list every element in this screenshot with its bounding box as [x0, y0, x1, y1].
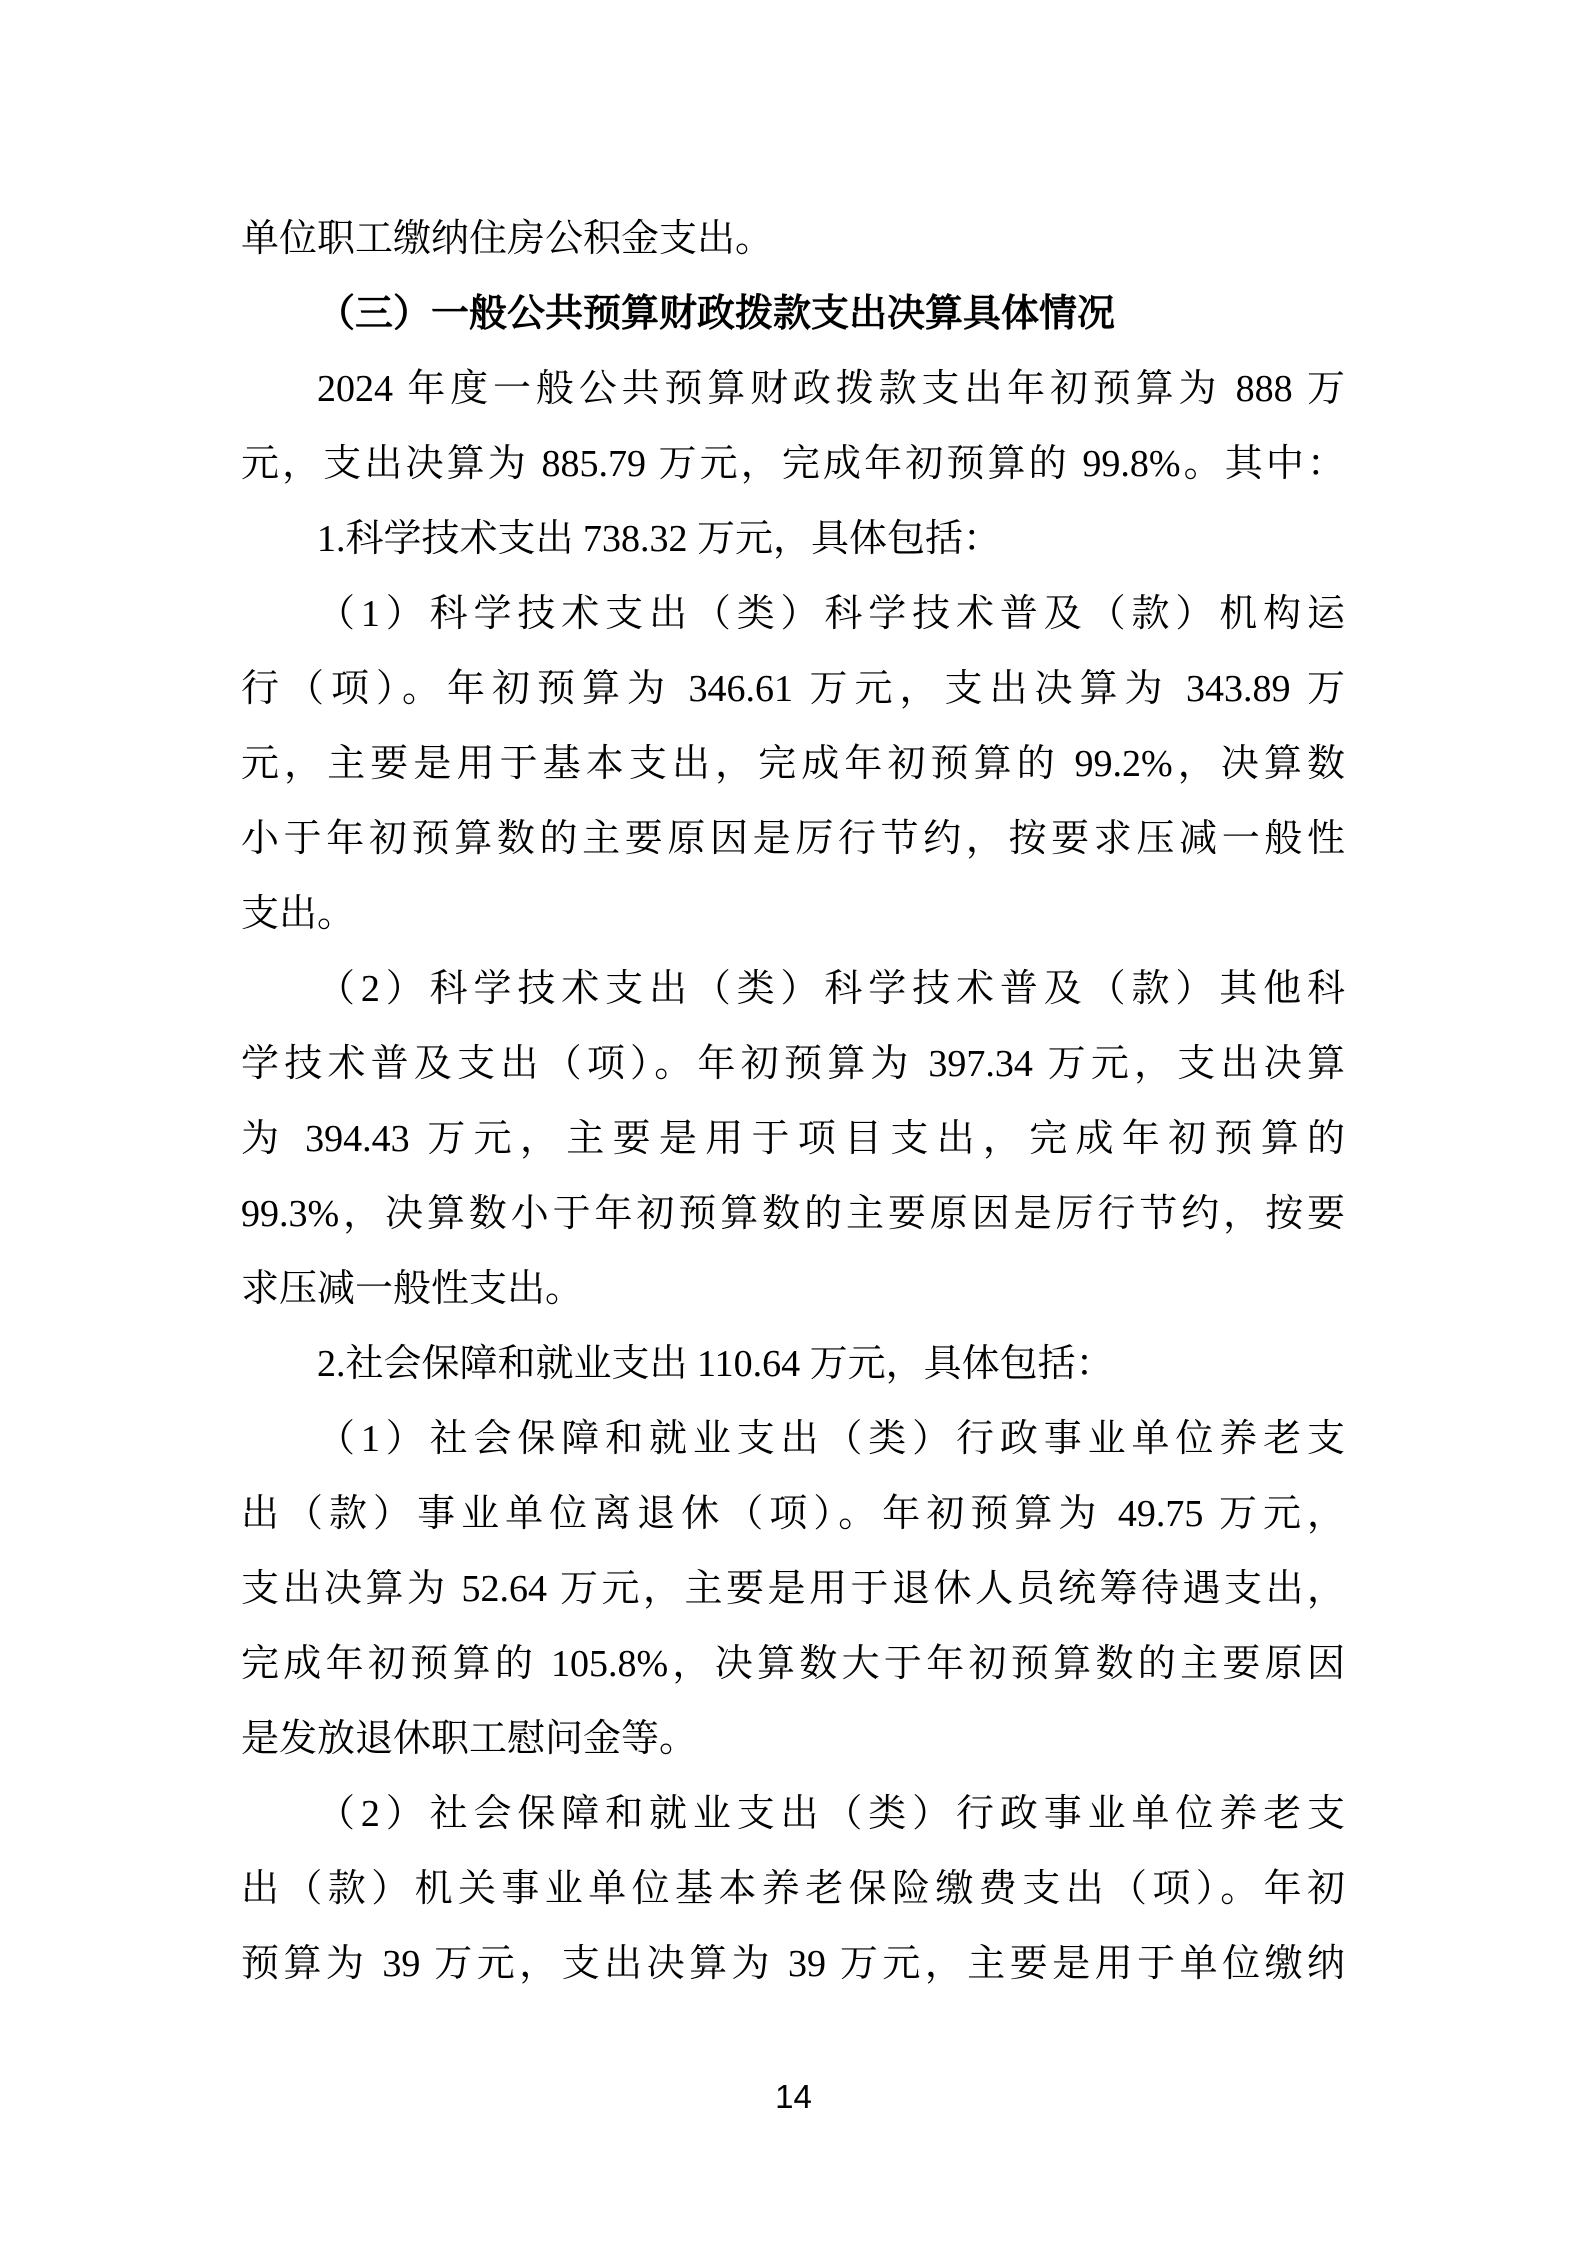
text-line: 出（款）事业单位离退休（项）。年初预算为 49.75 万元，: [241, 1477, 1345, 1552]
text-line: （1）科学技术支出（类）科学技术普及（款）机构运: [241, 577, 1345, 652]
text-line: 支出决算为 52.64 万元，主要是用于退休人员统筹待遇支出，: [241, 1552, 1345, 1627]
text-line: 2024 年度一般公共预算财政拨款支出年初预算为 888 万: [241, 352, 1345, 427]
text-line: （2）科学技术支出（类）科学技术普及（款）其他科: [241, 952, 1345, 1027]
page-number: 14: [0, 2078, 1587, 2116]
text-line: （1）社会保障和就业支出（类）行政事业单位养老支: [241, 1402, 1345, 1477]
text-line: 完成年初预算的 105.8%，决算数大于年初预算数的主要原因: [241, 1627, 1345, 1702]
text-line: 1.科学技术支出 738.32 万元，具体包括：: [241, 502, 1345, 577]
text-line: 学技术普及支出（项）。年初预算为 397.34 万元，支出决算: [241, 1027, 1345, 1102]
text-line: 支出。: [241, 877, 1345, 952]
text-line: 2.社会保障和就业支出 110.64 万元，具体包括：: [241, 1327, 1345, 1402]
text-line: 出（款）机关事业单位基本养老保险缴费支出（项）。年初: [241, 1852, 1345, 1927]
text-line: 元，支出决算为 885.79 万元，完成年初预算的 99.8%。其中：: [241, 427, 1345, 502]
document-page: 单位职工缴纳住房公积金支出。 （三）一般公共预算财政拨款支出决算具体情况 202…: [0, 0, 1587, 2245]
section-heading: （三）一般公共预算财政拨款支出决算具体情况: [241, 277, 1345, 352]
text-line: 为 394.43 万元，主要是用于项目支出，完成年初预算的: [241, 1102, 1345, 1177]
text-line: 行（项）。年初预算为 346.61 万元，支出决算为 343.89 万: [241, 652, 1345, 727]
text-line: 元，主要是用于基本支出，完成年初预算的 99.2%，决算数: [241, 727, 1345, 802]
text-line: （2）社会保障和就业支出（类）行政事业单位养老支: [241, 1777, 1345, 1852]
text-line: 是发放退休职工慰问金等。: [241, 1702, 1345, 1777]
text-line: 求压减一般性支出。: [241, 1252, 1345, 1327]
text-line: 单位职工缴纳住房公积金支出。: [241, 202, 1345, 277]
document-body: 单位职工缴纳住房公积金支出。 （三）一般公共预算财政拨款支出决算具体情况 202…: [241, 202, 1345, 2002]
text-line: 小于年初预算数的主要原因是厉行节约，按要求压减一般性: [241, 802, 1345, 877]
text-line: 预算为 39 万元，支出决算为 39 万元，主要是用于单位缴纳: [241, 1927, 1345, 2002]
text-line: 99.3%，决算数小于年初预算数的主要原因是厉行节约，按要: [241, 1177, 1345, 1252]
